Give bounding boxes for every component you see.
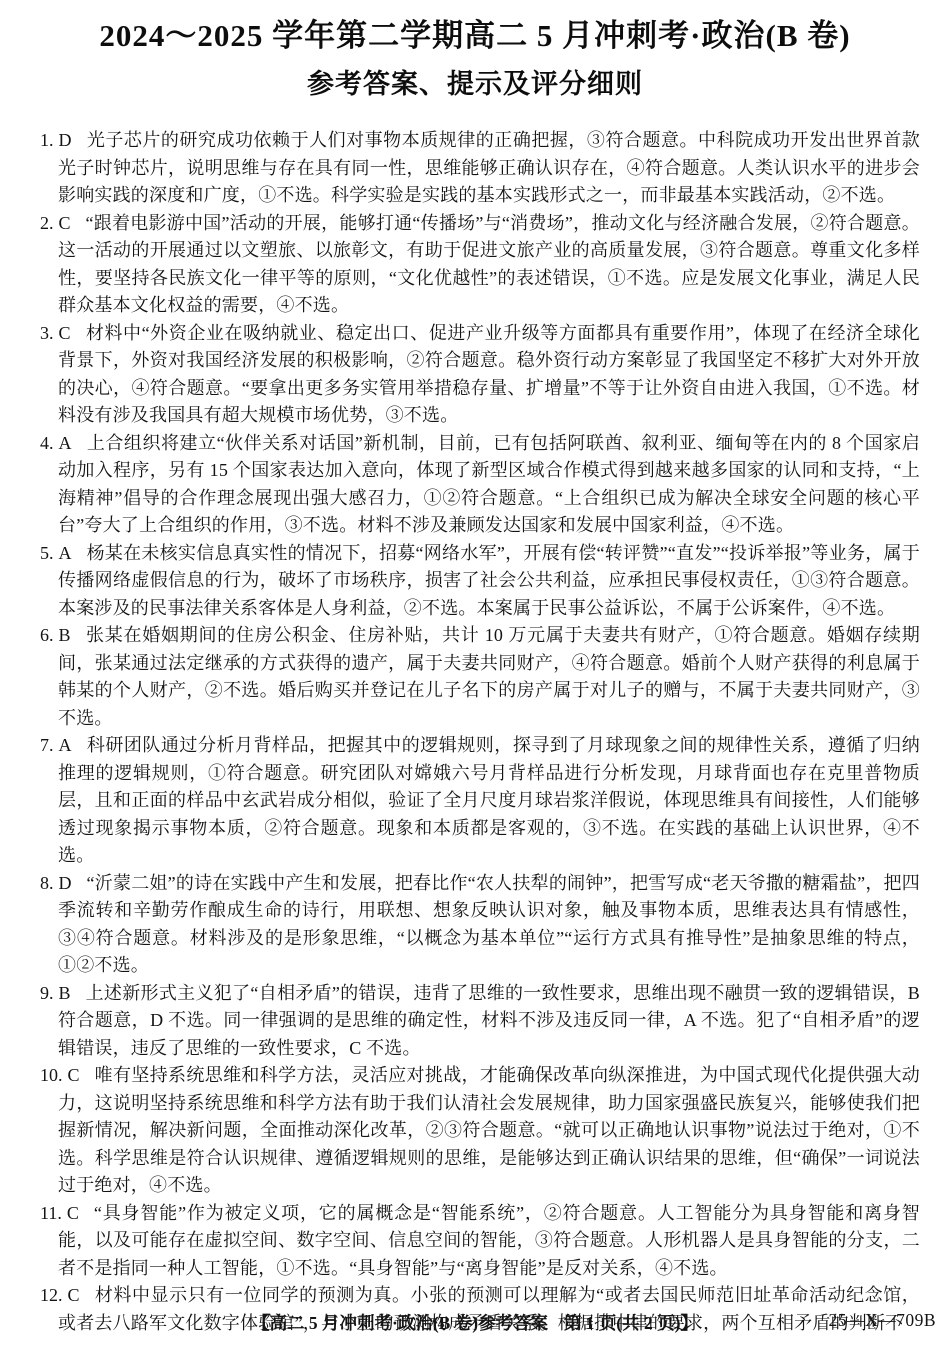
item-number: 1. [40, 130, 54, 150]
item-answer-letter: C [67, 1203, 79, 1223]
answer-item-6: 6.B张某在婚姻期间的住房公积金、住房补贴，共计 10 万元属于夫妻共有财产，①… [40, 622, 920, 732]
item-answer-letter: C [68, 1065, 80, 1085]
footer-page-number: 第 1 页(共 2 页)】 [564, 1313, 698, 1333]
item-answer-letter: B [59, 983, 71, 1003]
item-explanation: 科研团队通过分析月背样品，把握其中的逻辑规则，探寻到了月球现象之间的规律性关系，… [58, 735, 920, 865]
item-explanation: “跟着电影游中国”活动的开展，能够打通“传播场”与“消费场”，推动文化与经济融合… [58, 213, 920, 316]
item-number: 9. [40, 983, 54, 1003]
answer-item-5: 5.A杨某在未核实信息真实性的情况下，招募“网络水军”，开展有偿“转评赞”“直发… [40, 540, 920, 623]
exam-title: 2024～2025 学年第二学期高二 5 月冲刺考·政治(B 卷) [0, 16, 950, 56]
answer-item-1: 1.D光子芯片的研究成功依赖于人们对事物本质规律的正确把握，③符合题意。中科院成… [40, 127, 920, 210]
item-explanation: “具身智能”作为被定义项，它的属概念是“智能系统”，②符合题意。人工智能分为具身… [58, 1203, 920, 1278]
item-answer-letter: D [59, 873, 72, 893]
item-answer-letter: A [59, 735, 72, 755]
item-explanation: 张某在婚姻期间的住房公积金、住房补贴，共计 10 万元属于夫妻共有财产，①符合题… [58, 625, 920, 728]
item-explanation: 唯有坚持系统思维和科学方法，灵活应对挑战，才能确保改革向纵深推进，为中国式现代化… [58, 1065, 920, 1195]
item-explanation: “沂蒙二姐”的诗在实践中产生和发展，把春比作“农人扶犁的闹钟”，把雪写成“老天爷… [58, 873, 920, 976]
item-answer-letter: D [59, 130, 72, 150]
item-answer-letter: A [59, 543, 72, 563]
exam-answer-sheet-page: 2024～2025 学年第二学期高二 5 月冲刺考·政治(B 卷) 参考答案、提… [0, 0, 950, 1350]
item-number: 7. [40, 735, 54, 755]
answer-item-3: 3.C材料中“外资企业在吸纳就业、稳定出口、促进产业升级等方面都具有重要作用”，… [40, 320, 920, 430]
footer-exam-label: 【高二 5 月冲刺考·政治(B 卷)参考答案 [252, 1313, 548, 1333]
item-number: 10. [40, 1065, 63, 1085]
item-answer-letter: B [59, 625, 71, 645]
item-number: 8. [40, 873, 54, 893]
page-footer: 【高二 5 月冲刺考·政治(B 卷)参考答案第 1 页(共 2 页)】 25—X… [0, 1310, 950, 1334]
answer-item-10: 10.C唯有坚持系统思维和科学方法，灵活应对挑战，才能确保改革向纵深推进，为中国… [40, 1062, 920, 1200]
footer-caption: 【高二 5 月冲刺考·政治(B 卷)参考答案第 1 页(共 2 页)】 [0, 1310, 950, 1335]
answer-item-9: 9.B上述新形式主义犯了“自相矛盾”的错误，违背了思维的一致性要求，思维出现不融… [40, 980, 920, 1063]
item-explanation: 杨某在未核实信息真实性的情况下，招募“网络水军”，开展有偿“转评赞”“直发”“投… [58, 543, 920, 618]
item-answer-letter: C [68, 1285, 80, 1305]
item-explanation: 光子芯片的研究成功依赖于人们对事物本质规律的正确把握，③符合题意。中科院成功开发… [58, 130, 920, 205]
paper-code: 25—X—709B [828, 1310, 936, 1331]
item-number: 5. [40, 543, 54, 563]
item-number: 11. [40, 1203, 62, 1223]
answer-key-subtitle: 参考答案、提示及评分细则 [0, 62, 950, 101]
answer-item-7: 7.A科研团队通过分析月背样品，把握其中的逻辑规则，探寻到了月球现象之间的规律性… [40, 732, 920, 870]
answer-item-8: 8.D“沂蒙二姐”的诗在实践中产生和发展，把春比作“农人扶犁的闹钟”，把雪写成“… [40, 870, 920, 980]
item-answer-letter: A [59, 433, 72, 453]
item-answer-letter: C [59, 323, 71, 343]
item-number: 3. [40, 323, 54, 343]
answer-item-11: 11.C“具身智能”作为被定义项，它的属概念是“智能系统”，②符合题意。人工智能… [40, 1200, 920, 1283]
answers-list: 1.D光子芯片的研究成功依赖于人们对事物本质规律的正确把握，③符合题意。中科院成… [40, 127, 920, 1337]
item-answer-letter: C [59, 213, 71, 233]
answer-item-2: 2.C“跟着电影游中国”活动的开展，能够打通“传播场”与“消费场”，推动文化与经… [40, 210, 920, 320]
item-number: 4. [40, 433, 54, 453]
item-number: 2. [40, 213, 54, 233]
item-number: 12. [40, 1285, 63, 1305]
item-explanation: 上合组织将建立“伙伴关系对话国”新机制，目前，已有包括阿联酋、叙利亚、缅甸等在内… [58, 433, 920, 536]
item-explanation: 上述新形式主义犯了“自相矛盾”的错误，违背了思维的一致性要求，思维出现不融贯一致… [58, 983, 920, 1058]
item-number: 6. [40, 625, 54, 645]
document-header: 2024～2025 学年第二学期高二 5 月冲刺考·政治(B 卷) 参考答案、提… [0, 0, 950, 101]
answer-item-4: 4.A上合组织将建立“伙伴关系对话国”新机制，目前，已有包括阿联酋、叙利亚、缅甸… [40, 430, 920, 540]
item-explanation: 材料中“外资企业在吸纳就业、稳定出口、促进产业升级等方面都具有重要作用”，体现了… [58, 323, 920, 426]
